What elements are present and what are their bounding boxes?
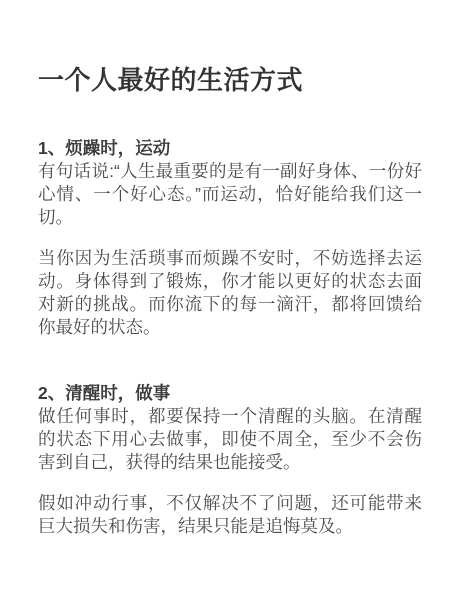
quote-card: 一个人最好的生活方式 1、烦躁时，运动 有句话说:“人生最重要的是有一副好身体、…: [0, 0, 449, 600]
paragraph: 有句话说:“人生最重要的是有一副好身体、一份好心情、一个好心态。”而运动，恰好能…: [38, 160, 422, 229]
paragraph: 当你因为生活琐事而烦躁不安时，不妨选择去运动。身体得到了锻炼，你才能以更好的状态…: [38, 247, 422, 339]
section-clear-mind: 2、清醒时，做事 做任何事时，都要保持一个清醒的头脑。在清醒的状态下用心去做事，…: [38, 382, 422, 538]
page-title: 一个人最好的生活方式: [38, 64, 422, 97]
section-heading: 2、清醒时，做事: [38, 382, 422, 405]
paragraph: 做任何事时，都要保持一个清醒的头脑。在清醒的状态下用心去做事，即使不周全，至少不…: [38, 405, 422, 474]
section-heading: 1、烦躁时，运动: [38, 137, 422, 160]
paragraph: 假如冲动行事，不仅解决不了问题，还可能带来巨大损失和伤害，结果只能是追悔莫及。: [38, 492, 422, 538]
section-exercise: 1、烦躁时，运动 有句话说:“人生最重要的是有一副好身体、一份好心情、一个好心态…: [38, 137, 422, 339]
